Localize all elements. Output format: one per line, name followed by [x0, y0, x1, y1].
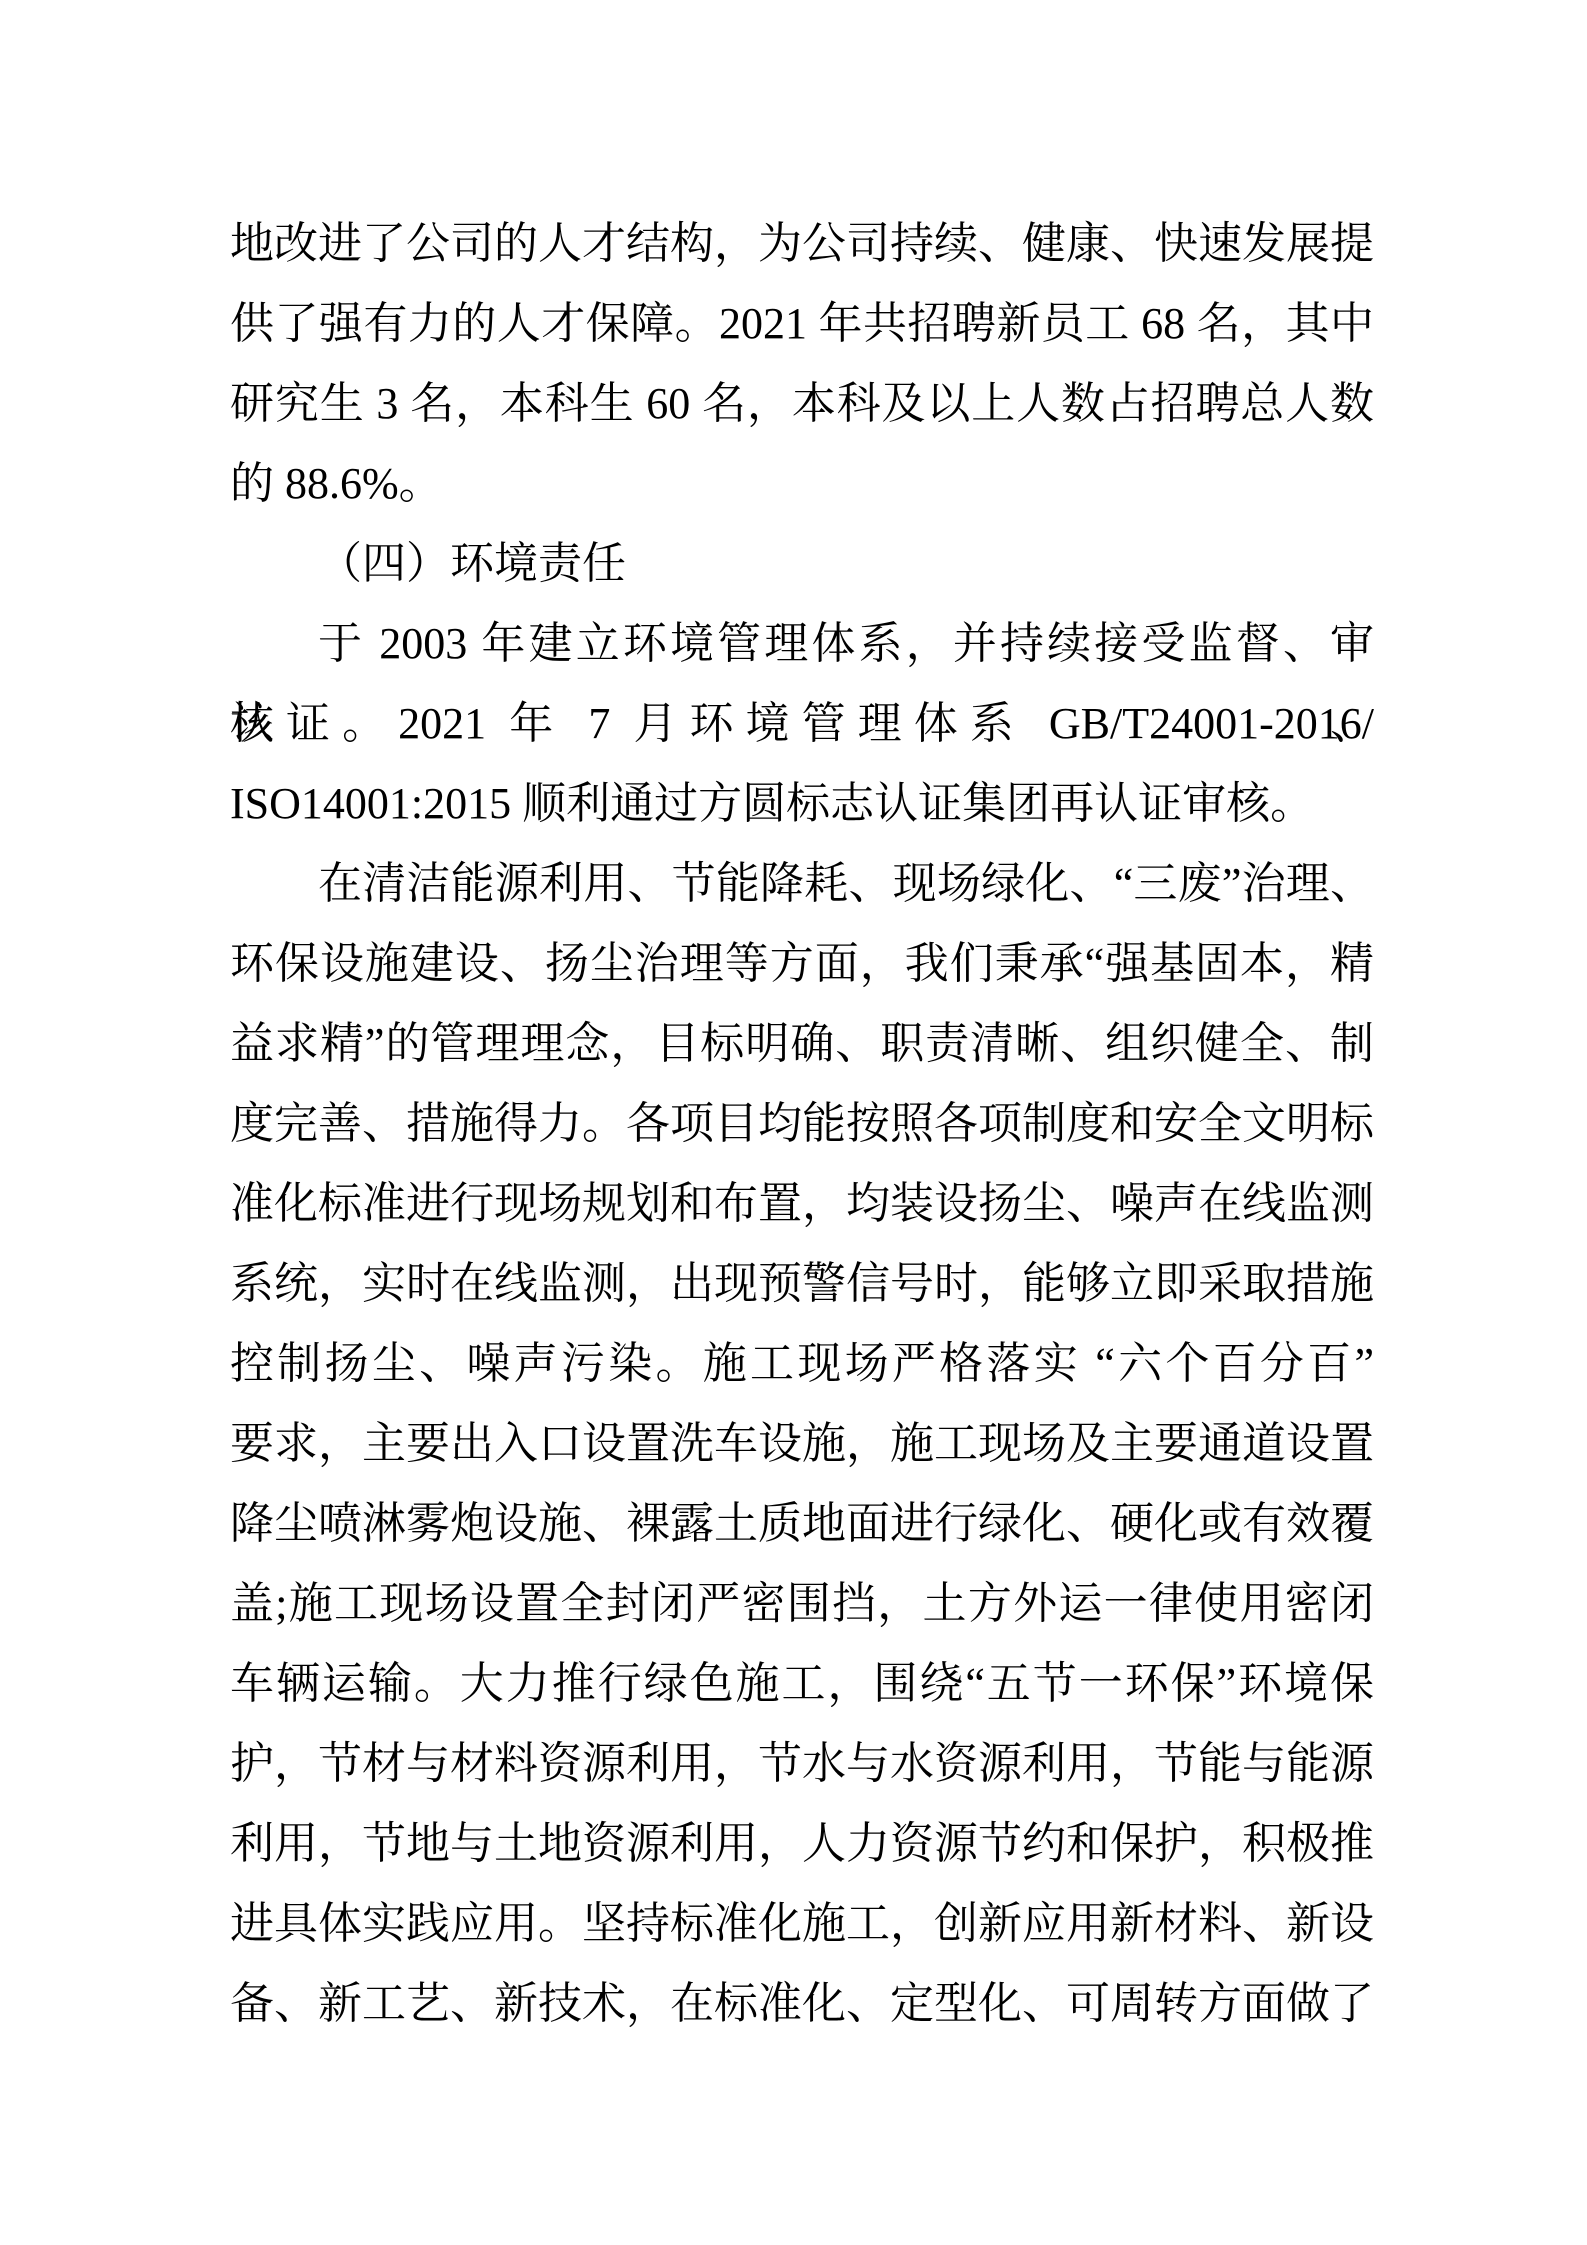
text-line: 度完善、措施得力。各项目均能按照各项制度和安全文明标 — [230, 1084, 1374, 1164]
text-line: 准化标准进行现场规划和布置，均装设扬尘、噪声在线监测 — [230, 1164, 1374, 1244]
text-line: 控制扬尘、噪声污染。施工现场严格落实 “六个百分百” — [230, 1324, 1374, 1404]
text-line: 系统，实时在线监测，出现预警信号时，能够立即采取措施 — [230, 1244, 1374, 1324]
text-line: 降尘喷淋雾炮设施、裸露土质地面进行绿化、硬化或有效覆 — [230, 1484, 1374, 1564]
text-line: 进具体实践应用。坚持标准化施工，创新应用新材料、新设 — [230, 1884, 1374, 1964]
text-line: 环保设施建设、扬尘治理等方面，我们秉承“强基固本，精 — [230, 924, 1374, 1004]
text-line: 车辆运输。大力推行绿色施工，围绕“五节一环保”环境保 — [230, 1644, 1374, 1724]
text-line: 的 88.6%。 — [230, 444, 1374, 524]
section-heading: （四）环境责任 — [230, 524, 1374, 604]
text-block: 地改进了公司的人才结构，为公司持续、健康、快速发展提 供了强有力的人才保障。20… — [230, 204, 1374, 2044]
text-line: 在清洁能源利用、节能降耗、现场绿化、“三废”治理、 — [230, 844, 1374, 924]
text-line: 备、新工艺、新技术，在标准化、定型化、可周转方面做了 — [230, 1964, 1374, 2044]
text-line: 于 2003 年建立环境管理体系，并持续接受监督、审核、 — [230, 604, 1374, 684]
text-line: 益求精”的管理理念，目标明确、职责清晰、组织健全、制 — [230, 1004, 1374, 1084]
text-line: 认证。2021 年 7 月环境管理体系 GB/T24001-2016/ — [230, 684, 1374, 764]
text-line: 护，节材与材料资源利用，节水与水资源利用，节能与能源 — [230, 1724, 1374, 1804]
text-line: 利用，节地与土地资源利用，人力资源节约和保护，积极推 — [230, 1804, 1374, 1884]
text-line: 供了强有力的人才保障。2021 年共招聘新员工 68 名，其中 — [230, 284, 1374, 364]
text-line: 地改进了公司的人才结构，为公司持续、健康、快速发展提 — [230, 204, 1374, 284]
text-line: 研究生 3 名，本科生 60 名，本科及以上人数占招聘总人数 — [230, 364, 1374, 444]
text-line: 要求，主要出入口设置洗车设施，施工现场及主要通道设置 — [230, 1404, 1374, 1484]
text-line: 盖;施工现场设置全封闭严密围挡，土方外运一律使用密闭 — [230, 1564, 1374, 1644]
text-line: ISO14001:2015 顺利通过方圆标志认证集团再认证审核。 — [230, 764, 1374, 844]
document-page: 地改进了公司的人才结构，为公司持续、健康、快速发展提 供了强有力的人才保障。20… — [0, 0, 1587, 2245]
